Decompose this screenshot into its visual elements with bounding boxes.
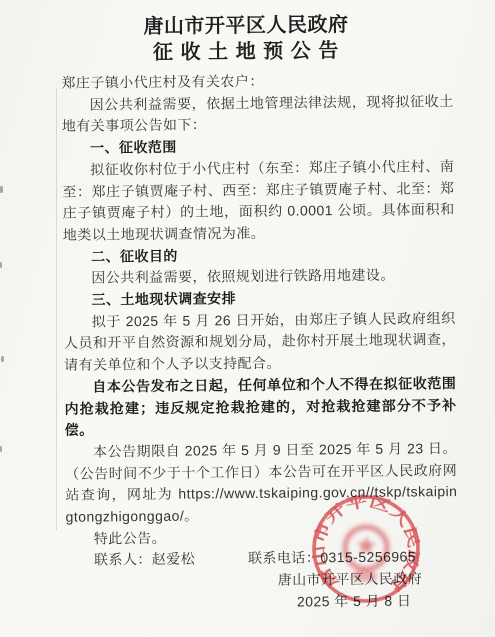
section-3-body: 拟于 2025 年 5 月 26 日开始，由郑庄子镇人民政府组织人员和开平自然资…: [64, 308, 457, 377]
document-title-block: 唐山市开平区人民政府 征 收 土 地 预 公 告: [50, 11, 442, 68]
intro-paragraph: 因公共利益需要，依据土地管理法律法规，现将拟征收土地有关事项公告如下：: [62, 91, 454, 138]
section-1-body: 拟征收你村位于小代庄村（东至：郑庄子镇小代庄村、南至：郑庄子镇贾庵子村、西至：郑…: [62, 156, 455, 247]
official-red-seal: 唐山市开平区人民政府: [306, 489, 426, 609]
scanned-notice-page: 唐山市开平区人民政府 征 收 土 地 预 公 告 郑庄子镇小代庄村及有关农户： …: [0, 0, 495, 637]
issuer-title: 唐山市开平区人民政府: [50, 11, 442, 41]
seal-national-emblem: [343, 526, 388, 583]
document-title: 征 收 土 地 预 公 告: [50, 37, 442, 68]
seal-star-icon: [356, 536, 376, 555]
contact-person: 联系人：赵爱松: [94, 549, 195, 572]
warning-paragraph: 自本公告发布之日起，任何单位和个人不得在拟征收范围内抢栽抢建；违反规定抢栽抢建的…: [64, 373, 457, 442]
